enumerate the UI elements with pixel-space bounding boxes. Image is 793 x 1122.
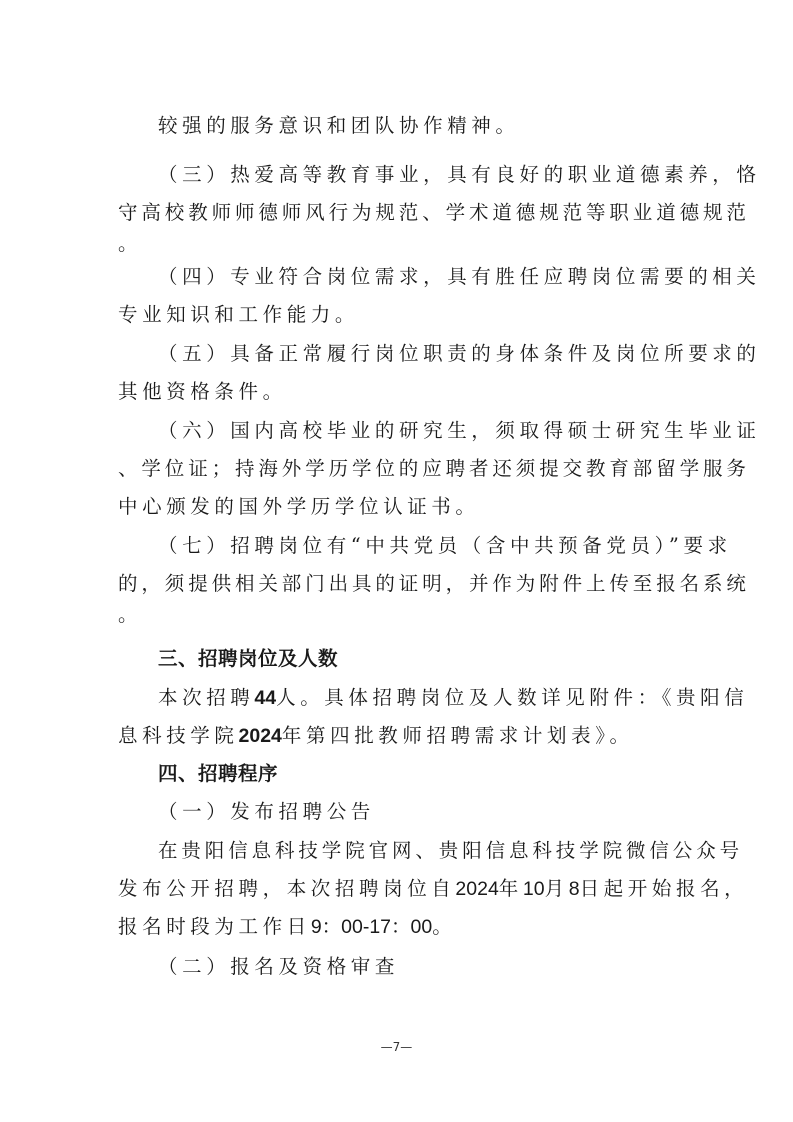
time-range: 9：00-17：00: [311, 916, 432, 938]
item-four-line: （四）专业符合岗位需求，具有胜任应聘岗位需要的相关: [158, 265, 718, 289]
text-span: 。: [432, 915, 456, 938]
text-span: 发布公开招聘，本次招聘岗位自: [118, 877, 455, 900]
paragraph-line: 息科技学院2024年第四批教师招聘需求计划表》。: [118, 724, 678, 748]
text-span: 本次招聘: [158, 686, 254, 709]
paragraph-line: 较强的服务意识和团队协作精神。: [158, 114, 718, 138]
page-number: —7—: [0, 1040, 793, 1054]
paragraph-line: 发布公开招聘，本次招聘岗位自2024年10月8日起开始报名，: [118, 877, 678, 901]
paragraph-line: 、学位证；持海外学历学位的应聘者还须提交教育部留学服务: [118, 457, 678, 481]
section-heading-positions: 三、招聘岗位及人数: [158, 647, 718, 671]
paragraph-line: 在贵阳信息科技学院官网、贵阳信息科技学院微信公众号: [158, 839, 718, 863]
paragraph-line: 本次招聘44人。具体招聘岗位及人数详见附件：《贵阳信: [158, 686, 718, 710]
paragraph-line: 专业知识和工作能力。: [118, 303, 678, 327]
paragraph-line: 其他资格条件。: [118, 380, 678, 404]
section-heading-procedure: 四、招聘程序: [158, 762, 718, 786]
text-span: 息科技学院: [118, 724, 239, 747]
paragraph-line: 报名时段为工作日9：00-17：00。: [118, 915, 678, 939]
paragraph-line: 中心颁发的国外学历学位认证书。: [118, 495, 678, 519]
text-span: 月: [545, 877, 569, 900]
text-span: 日起开始报名，: [580, 877, 749, 900]
day-number: 8: [569, 878, 580, 900]
text-span: 报名时段为工作日: [118, 915, 311, 938]
item-six-line: （六）国内高校毕业的研究生，须取得硕士研究生毕业证: [158, 419, 718, 443]
year-number: 2024: [239, 725, 282, 747]
item-three-line: （三）热爱高等教育事业，具有良好的职业道德素养，恪: [158, 163, 718, 187]
paragraph-line: 的，须提供相关部门出具的证明，并作为附件上传至报名系统: [118, 572, 678, 596]
month-number: 10: [523, 878, 545, 900]
text-span: 年: [499, 877, 523, 900]
document-page: 较强的服务意识和团队协作精神。 （三）热爱高等教育事业，具有良好的职业道德素养，…: [0, 0, 793, 1122]
headcount-number: 44: [254, 687, 276, 709]
subsection-title: （一）发布招聘公告: [158, 800, 718, 824]
year-number: 2024: [455, 878, 498, 900]
subsection-title: （二）报名及资格审查: [158, 955, 718, 979]
paragraph-line: 守高校教师师德师风行为规范、学术道德规范等职业道德规范: [118, 201, 678, 225]
text-span: 年第四批教师招聘需求计划表》。: [282, 724, 634, 747]
paragraph-line: 。: [118, 603, 678, 627]
text-span: 人。具体招聘岗位及人数详见附件：《贵阳信: [276, 686, 748, 709]
item-seven-line: （七）招聘岗位有“中共党员（含中共预备党员）”要求: [158, 534, 718, 558]
paragraph-line: 。: [118, 232, 678, 256]
item-five-line: （五）具备正常履行岗位职责的身体条件及岗位所要求的: [158, 342, 718, 366]
